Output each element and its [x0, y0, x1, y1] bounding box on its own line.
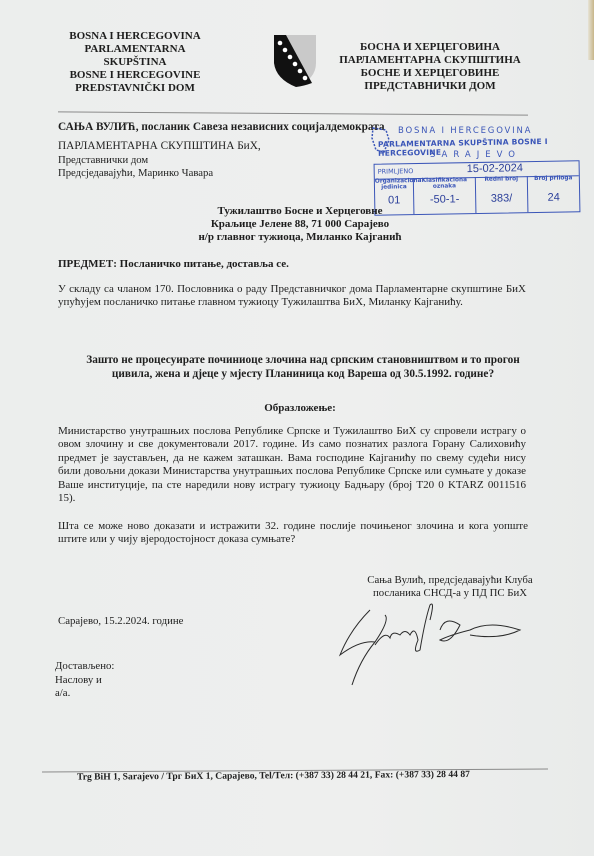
delivered-line: Наслову и — [55, 674, 114, 688]
letterhead-line: БОСНА И ХЕРЦЕГОВИНА — [330, 41, 530, 54]
recipient-line: Тужилаштво Босне и Херцеговне — [160, 205, 440, 218]
stamp-received-label: PRIMLJENO — [378, 167, 414, 176]
recipient-line: н/р главног тужиоца, Миланко Кајганић — [160, 231, 440, 244]
question-text: Зашто не процесуирате починиоце злочина … — [70, 354, 536, 382]
stamp-column-label: Redni broj — [476, 176, 527, 183]
letterhead-line: PARLAMENTARNA SKUPŠTINA — [55, 43, 215, 69]
stamp-column: Broj priloga 24 — [528, 175, 580, 212]
letterhead-line: ПАРЛАМЕНТАРНА СКУПШТИНА — [330, 54, 530, 67]
place-date: Сарајево, 15.2.2024. године — [58, 615, 183, 627]
signature-line: посланика СНСД-а у ПД ПС БиХ — [330, 587, 570, 600]
addressee-line: Представнички дом — [58, 154, 261, 168]
delivered-line: а/а. — [55, 687, 114, 701]
letterhead-latin: BOSNA I HERCEGOVINA PARLAMENTARNA SKUPŠT… — [55, 30, 215, 95]
stamp-line: SARAJEVO — [430, 150, 521, 160]
recipient-line: Краљице Јелене 88, 71 000 Сарајево — [160, 218, 440, 231]
letterhead-line: BOSNE I HERCEGOVINE — [55, 69, 215, 82]
page-edge — [588, 0, 594, 60]
stamp-received-date: 15-02-2024 — [467, 162, 523, 175]
stamp-column-label: Organizaciona jedinica — [375, 178, 413, 191]
footer-contact: Trg BiH 1, Sarajevo / Трг БиХ 1, Сарајев… — [77, 768, 557, 782]
letterhead-line: BOSNA I HERCEGOVINA — [55, 30, 215, 43]
stamp-column-label: Broj priloga — [528, 175, 579, 182]
sender-line: САЊА ВУЛИЋ, посланик Савеза независних с… — [58, 121, 385, 133]
subject-label: ПРЕДМЕТ: — [58, 258, 117, 270]
explanation-paragraph: Министарство унутрашњих послова Републик… — [58, 425, 526, 505]
stamp-column-value: 383/ — [476, 192, 527, 205]
recipient-block: Тужилаштво Босне и Херцеговне Краљице Је… — [160, 205, 440, 244]
subject-line: ПРЕДМЕТ: Посланичко питање, доставља се. — [58, 258, 289, 270]
delivered-block: Достављено: Наслову и а/а. — [55, 660, 114, 701]
letterhead-cyrillic: БОСНА И ХЕРЦЕГОВИНА ПАРЛАМЕНТАРНА СКУПШТ… — [330, 41, 530, 93]
letterhead-line: PREDSTAVNIČKI DOM — [55, 82, 215, 95]
explanation-title: Образложење: — [150, 402, 450, 414]
intro-paragraph: У складу са чланом 170. Пословника о рад… — [58, 283, 526, 310]
stamp-column-label: Klasifikaciona oznaka — [414, 177, 475, 190]
stamp-column: Redni broj 383/ — [476, 176, 529, 213]
closing-question-paragraph: Шта се може ново доказати и истражити 32… — [58, 520, 528, 547]
handwritten-signature-icon — [330, 600, 530, 690]
addressee-line: Предсједавајући, Маринко Чавара — [58, 167, 261, 181]
signature-block: Сања Вулић, предсједавајући Клуба послан… — [330, 574, 570, 600]
letterhead-line: БОСНЕ И ХЕРЦЕГОВИНЕ — [330, 67, 530, 80]
stamp-line: BOSNA I HERCEGOVINA — [398, 126, 532, 136]
received-stamp: BOSNA I HERCEGOVINA PARLAMENTARNA SKUPŠT… — [372, 124, 590, 218]
addressee-block: ПАРЛАМЕНТАРНА СКУПШТИНА БиХ, Представнич… — [58, 140, 261, 181]
signature-line: Сања Вулић, предсједавајући Клуба — [330, 574, 570, 587]
header-rule — [58, 111, 528, 115]
delivered-line: Достављено: — [55, 660, 114, 674]
coat-of-arms-icon — [272, 33, 318, 88]
addressee-line: ПАРЛАМЕНТАРНА СКУПШТИНА БиХ, — [58, 140, 261, 154]
letterhead-line: ПРЕДСТАВНИЧКИ ДОМ — [330, 80, 530, 93]
subject-text: Посланичко питање, доставља се. — [117, 258, 289, 270]
stamp-column-value: 24 — [528, 191, 579, 204]
